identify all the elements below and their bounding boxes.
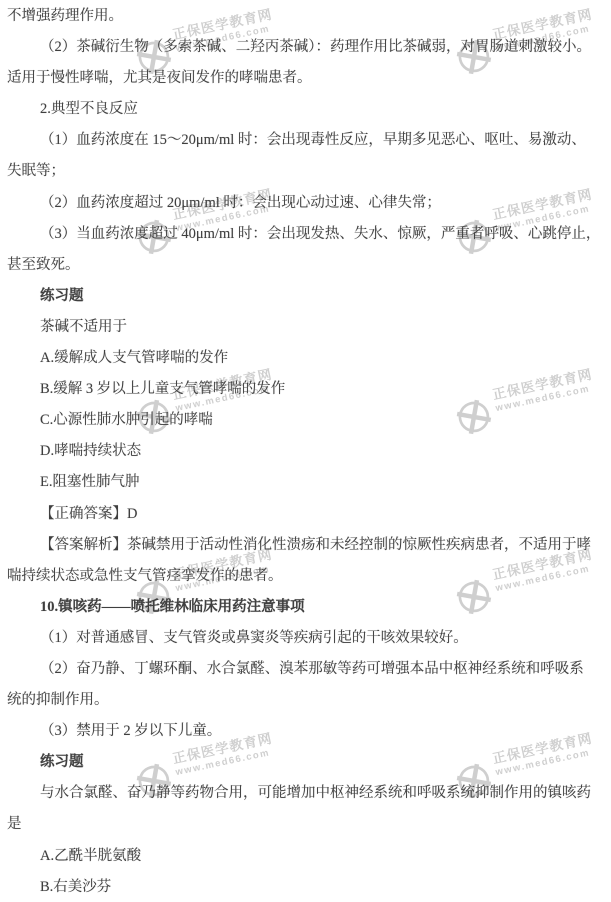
text-line: （1）血药浓度在 15～20μm/ml 时：会出现毒性反应，早期多见恶心、呕吐、…	[7, 125, 593, 156]
text-line: E.阻塞性肺气肿	[7, 467, 593, 498]
text-line: 适用于慢性哮喘，尤其是夜间发作的哮喘患者。	[7, 63, 593, 94]
text-line: （2）血药浓度超过 20μm/ml 时：会出现心动过速、心律失常；	[7, 188, 593, 219]
text-line: 统的抑制作用。	[7, 685, 593, 716]
text-line: D.哮喘持续状态	[7, 436, 593, 467]
text-line: 10.镇咳药——喷托维林临床用药注意事项	[7, 592, 593, 623]
text-line: 练习题	[7, 281, 593, 312]
document-content: 不增强药理作用。（2）茶碱衍生物（多索茶碱、二羟丙茶碱）：药理作用比茶碱弱，对胃…	[0, 0, 611, 902]
text-line: 练习题	[7, 747, 593, 778]
text-line: C.心源性肺水肿引起的哮喘	[7, 405, 593, 436]
text-line: 2.典型不良反应	[7, 94, 593, 125]
text-line: 茶碱不适用于	[7, 312, 593, 343]
text-line: 失眠等；	[7, 156, 593, 187]
text-line: B.缓解 3 岁以上儿童支气管哮喘的发作	[7, 374, 593, 405]
text-line: 是	[7, 809, 593, 840]
text-line: 【答案解析】茶碱禁用于活动性消化性溃疡和未经控制的惊厥性疾病患者，不适用于哮	[7, 530, 593, 561]
text-line: A.乙酰半胱氨酸	[7, 841, 593, 872]
text-line: 喘持续状态或急性支气管痉挛发作的患者。	[7, 561, 593, 592]
text-line: （1）对普通感冒、支气管炎或鼻窦炎等疾病引起的干咳效果较好。	[7, 623, 593, 654]
document-page: 正保医学教育网 www.med66.com 正保医学教育网 www.med66.…	[0, 0, 611, 902]
text-line: A.缓解成人支气管哮喘的发作	[7, 343, 593, 374]
text-line: （2）奋乃静、丁螺环酮、水合氯醛、溴苯那敏等药可增强本品中枢神经系统和呼吸系	[7, 654, 593, 685]
text-line: （3）当血药浓度超过 40μm/ml 时：会出现发热、失水、惊厥，严重者呼吸、心…	[7, 219, 593, 250]
text-line: 与水合氯醛、奋乃静等药物合用，可能增加中枢神经系统和呼吸系统抑制作用的镇咳药	[7, 778, 593, 809]
text-line: 【正确答案】D	[7, 499, 593, 530]
text-line: （2）茶碱衍生物（多索茶碱、二羟丙茶碱）：药理作用比茶碱弱，对胃肠道刺激较小。	[7, 32, 593, 63]
text-line: （3）禁用于 2 岁以下儿童。	[7, 716, 593, 747]
text-line: 甚至致死。	[7, 250, 593, 281]
text-line: 不增强药理作用。	[7, 1, 593, 32]
text-line: B.右美沙芬	[7, 872, 593, 902]
